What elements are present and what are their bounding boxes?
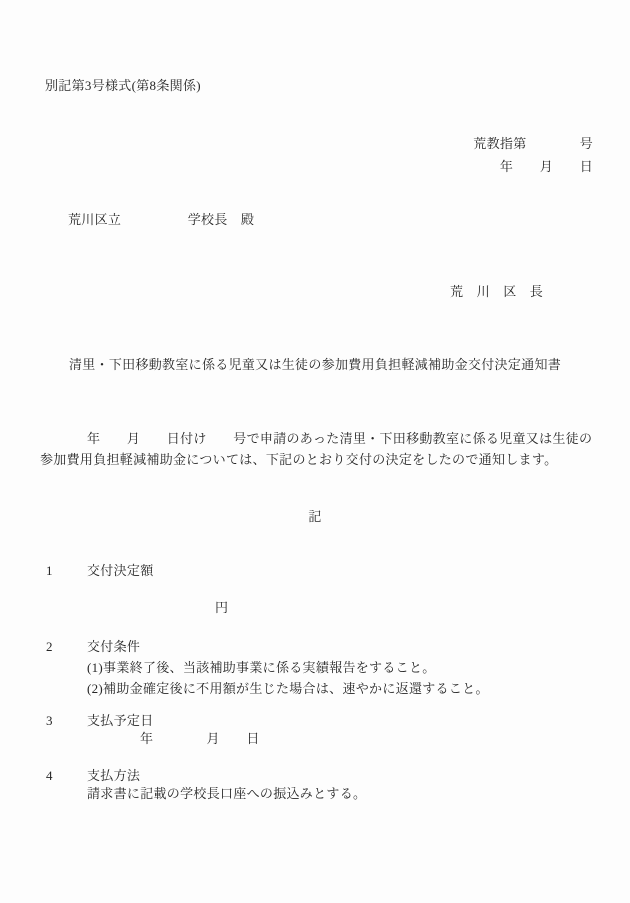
body-paragraph-line-2: 参加費用負担軽減補助金については、下記のとおり交付の決定をしたので通知します。 — [40, 452, 557, 468]
item-number: 4 — [46, 768, 53, 784]
amount-unit-line: 円 — [215, 600, 228, 616]
body-paragraph-line-1: 年 月 日付け 号で申請のあった清里・下田移動教室に係る児童又は生徒の — [87, 431, 592, 447]
document-title: 清里・下田移動教室に係る児童又は生徒の参加費用負担軽減補助金交付決定通知書 — [0, 357, 630, 373]
record-marker: 記 — [0, 509, 630, 525]
payment-date-line: 年 月 日 — [140, 731, 260, 747]
item-number: 2 — [46, 639, 53, 655]
issue-date-line: 年 月 日 — [500, 159, 593, 175]
form-number: 別記第3号様式(第8条関係) — [45, 78, 201, 94]
sender-line: 荒 川 区 長 — [450, 284, 543, 300]
condition-line-2: (2)補助金確定後に不用額が生じた場合は、速やかに返還すること。 — [87, 681, 489, 697]
item-heading-grant-amount: 交付決定額 — [87, 563, 154, 579]
item-number: 1 — [46, 563, 53, 579]
item-heading-payment-method: 支払方法 — [87, 768, 140, 784]
payment-method-line: 請求書に記載の学校長口座への振込みとする。 — [87, 786, 366, 802]
item-heading-payment-date: 支払予定日 — [87, 713, 154, 729]
document-number-line: 荒教指第 号 — [473, 136, 593, 152]
document-page: 別記第3号様式(第8条関係) 荒教指第 号 年 月 日 荒川区立 学校長 殿 荒… — [0, 0, 630, 903]
item-heading-grant-conditions: 交付条件 — [87, 639, 140, 655]
addressee-line: 荒川区立 学校長 殿 — [68, 212, 254, 228]
item-number: 3 — [46, 713, 53, 729]
condition-line-1: (1)事業終了後、当該補助事業に係る実績報告をすること。 — [87, 660, 436, 676]
